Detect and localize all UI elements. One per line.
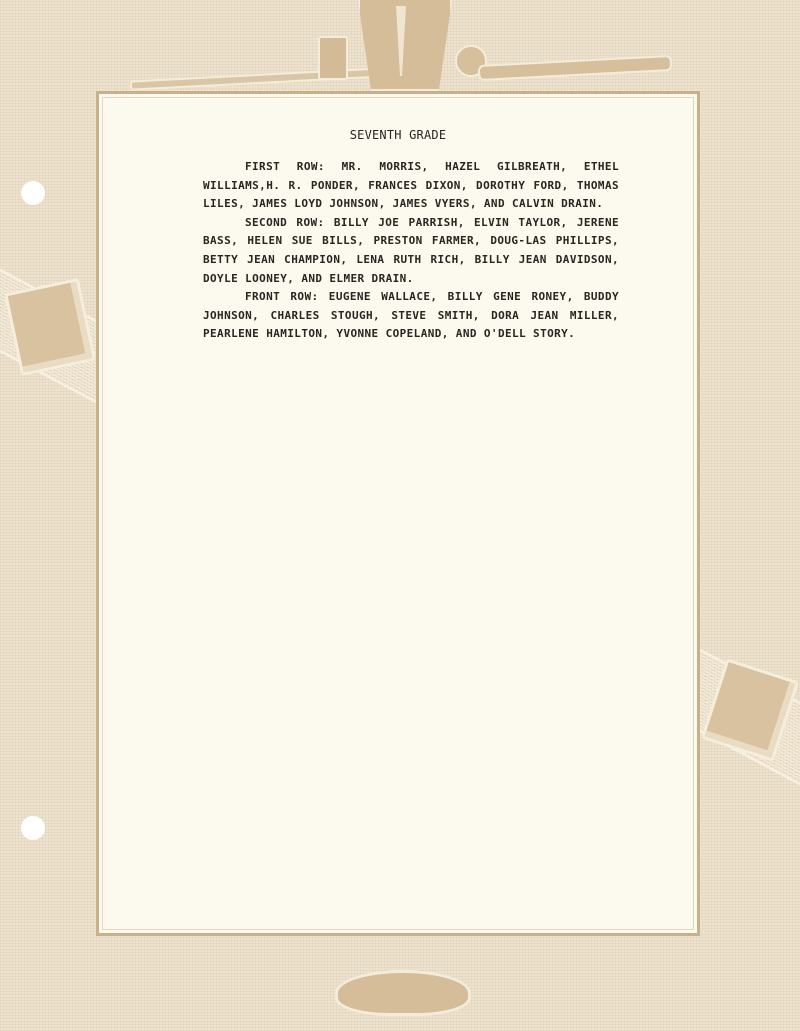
book-icon [4,278,96,376]
page-frame: SEVENTH GRADE FIRST ROW: MR. MORRIS, HAZ… [96,91,700,936]
row-label: FRONT ROW: [245,290,319,303]
first-row-paragraph: FIRST ROW: MR. MORRIS, HAZEL GILBREATH, … [203,158,619,214]
row-label: FIRST ROW: [245,160,325,173]
pipe-stem [478,55,673,81]
binder-hole-bottom [21,816,45,840]
second-row-paragraph: SECOND ROW: BILLY JOE PARRISH, ELVIN TAY… [203,214,619,288]
binder-hole-top [21,181,45,205]
ink-bottle-icon [318,36,348,80]
page-title: SEVENTH GRADE [99,128,697,142]
front-row-paragraph: FRONT ROW: EUGENE WALLACE, BILLY GENE RO… [203,288,619,344]
oil-lamp-icon [335,970,471,1016]
row-label: SECOND ROW: [245,216,325,229]
caption-text: FIRST ROW: MR. MORRIS, HAZEL GILBREATH, … [203,158,619,344]
